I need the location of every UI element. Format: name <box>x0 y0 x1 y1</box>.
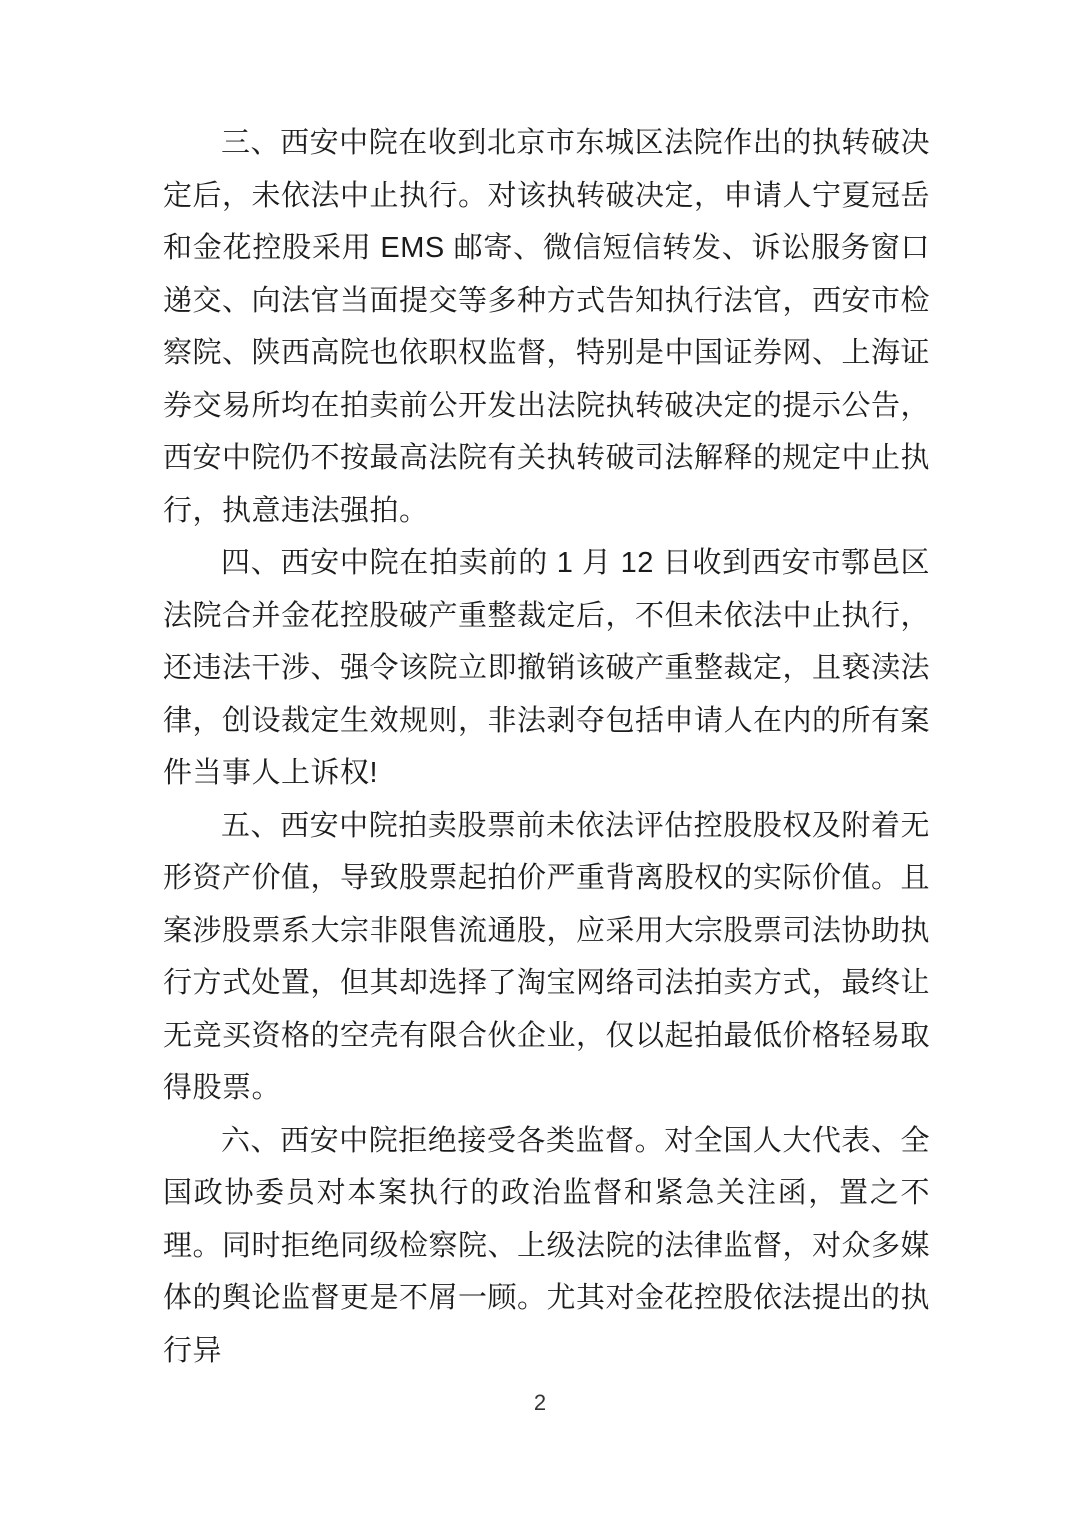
body-paragraph-3: 三、西安中院在收到北京市东城区法院作出的执转破决定后，未依法中止执行。对该执转破… <box>163 117 930 537</box>
document-page: 三、西安中院在收到北京市东城区法院作出的执转破决定后，未依法中止执行。对该执转破… <box>0 0 1080 1527</box>
page-footer: 2 <box>0 1390 1080 1416</box>
document-body: 三、西安中院在收到北京市东城区法院作出的执转破决定后，未依法中止执行。对该执转破… <box>163 117 930 1377</box>
body-paragraph-6: 六、西安中院拒绝接受各类监督。对全国人大代表、全国政协委员对本案执行的政治监督和… <box>163 1115 930 1378</box>
body-paragraph-5: 五、西安中院拍卖股票前未依法评估控股股权及附着无形资产价值，导致股票起拍价严重背… <box>163 800 930 1115</box>
body-paragraph-4: 四、西安中院在拍卖前的 1 月 12 日收到西安市鄠邑区法院合并金花控股破产重整… <box>163 537 930 800</box>
page-number: 2 <box>534 1390 546 1415</box>
